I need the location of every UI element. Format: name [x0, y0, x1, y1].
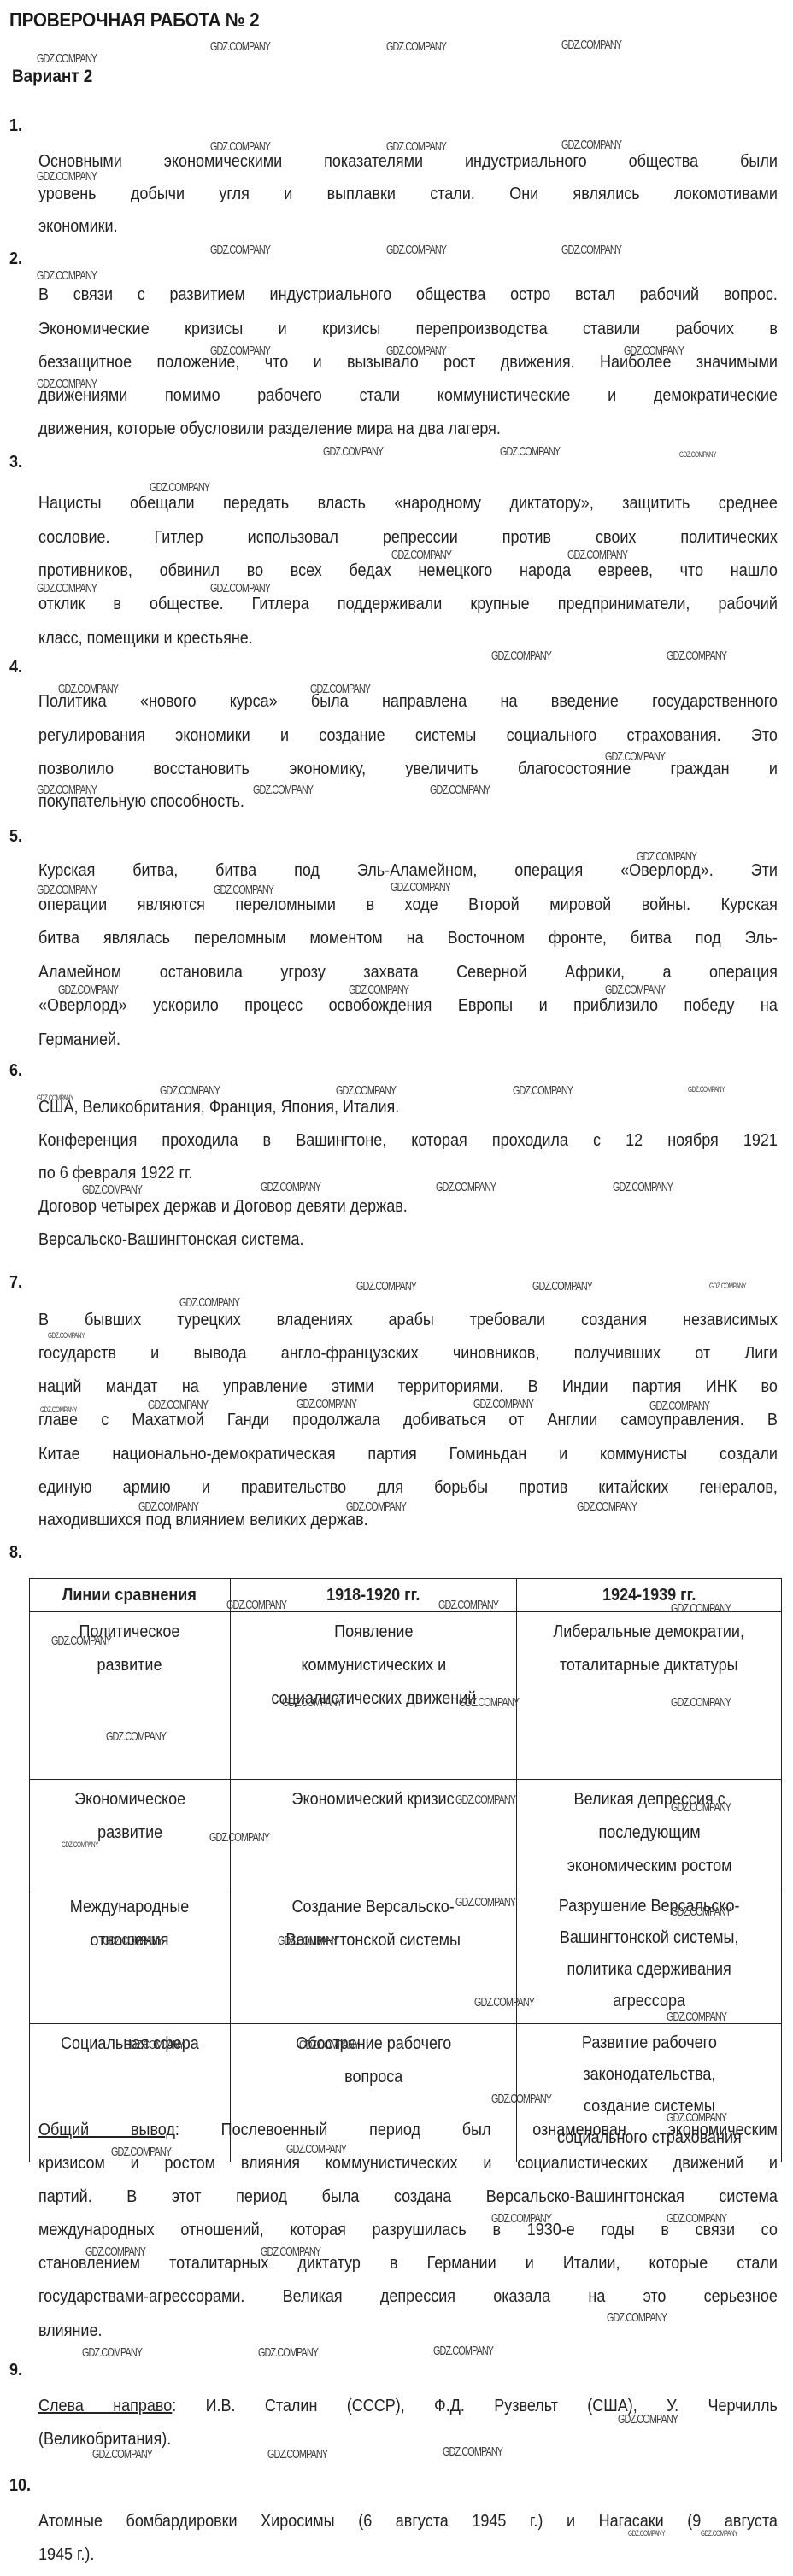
answer-2-line: Экономические кризисы и кризисы перепрои… — [38, 318, 778, 340]
table-row: Международныеотношения Создание Версальс… — [30, 1887, 782, 2024]
watermark: GDZ.COMPANY — [106, 1729, 166, 1744]
watermark: GDZ.COMPANY — [667, 2211, 726, 2226]
answer-3-line: сословие. Гитлер использовал репрессии п… — [38, 526, 778, 549]
watermark: GDZ.COMPANY — [688, 1085, 725, 1094]
answer-3-line: класс, помещики и крестьяне. — [38, 627, 704, 649]
watermark: GDZ.COMPANY — [299, 2038, 359, 2052]
watermark: GDZ.COMPANY — [605, 749, 665, 764]
watermark: GDZ.COMPANY — [160, 1083, 220, 1098]
answer-7-line: В бывших турецких владениях арабы требов… — [38, 1309, 778, 1331]
watermark: GDZ.COMPANY — [58, 983, 118, 997]
watermark: GDZ.COMPANY — [179, 1295, 239, 1310]
watermark: GDZ.COMPANY — [323, 444, 383, 459]
watermark: GDZ.COMPANY — [391, 880, 450, 895]
watermark: GDZ.COMPANY — [37, 1094, 73, 1102]
variant-heading: Вариант 2 — [12, 67, 92, 87]
question-number-2: 2. — [9, 249, 22, 269]
watermark: GDZ.COMPANY — [701, 2529, 737, 2538]
table-cell: Либеральные демократии,тоталитарные дикт… — [517, 1612, 782, 1780]
answer-4-line: Политика «нового курса» была направлена … — [38, 690, 778, 713]
watermark: GDZ.COMPANY — [37, 377, 97, 391]
answer-5-line: «Оверлорд» ускорило процесс освобождения… — [38, 995, 778, 1017]
watermark: GDZ.COMPANY — [111, 2145, 171, 2159]
watermark: GDZ.COMPANY — [386, 343, 446, 358]
watermark: GDZ.COMPANY — [430, 783, 490, 797]
watermark: GDZ.COMPANY — [210, 243, 270, 257]
watermark: GDZ.COMPANY — [607, 2310, 667, 2325]
answer-6-line: Версальско-Вашингтонская система. — [38, 1229, 704, 1251]
watermark: GDZ.COMPANY — [297, 1397, 356, 1411]
question-number-4: 4. — [9, 658, 22, 678]
watermark: GDZ.COMPANY — [491, 648, 551, 663]
watermark: GDZ.COMPANY — [513, 1083, 573, 1098]
answer-1-line: экономики. — [38, 215, 704, 238]
watermark: GDZ.COMPANY — [667, 648, 726, 663]
question-number-5: 5. — [9, 827, 22, 847]
watermark: GDZ.COMPANY — [386, 139, 446, 154]
answer-3-line: Нацисты обещали передать власть «народно… — [38, 492, 778, 514]
table-header-cell: Линии сравнения — [30, 1579, 231, 1612]
watermark: GDZ.COMPANY — [491, 2211, 551, 2226]
answer-7-line: государств и вывода англо-французских чи… — [38, 1342, 778, 1364]
table-cell: Великая депрессия споследующимэкономичес… — [517, 1780, 782, 1887]
watermark: GDZ.COMPANY — [92, 2447, 152, 2462]
watermark: GDZ.COMPANY — [150, 480, 209, 495]
table-row: Экономическоеразвитие Экономический криз… — [30, 1780, 782, 1887]
watermark: GDZ.COMPANY — [438, 1598, 498, 1612]
answer-4-line: покупательную способность. — [38, 790, 704, 813]
watermark: GDZ.COMPANY — [618, 2412, 678, 2426]
answer-2-line: В связи с развитием индустриального обще… — [38, 284, 778, 306]
watermark: GDZ.COMPANY — [532, 1279, 592, 1294]
watermark: GDZ.COMPANY — [209, 1830, 269, 1845]
watermark: GDZ.COMPANY — [649, 1399, 709, 1413]
watermark: GDZ.COMPANY — [51, 1634, 111, 1648]
answer-5-line: битва являлась переломным моментом на Во… — [38, 927, 778, 949]
answer-5-line: Аламейном остановила угрозу захвата Севе… — [38, 961, 778, 983]
watermark: GDZ.COMPANY — [37, 268, 97, 283]
watermark: GDZ.COMPANY — [103, 1933, 162, 1948]
answer-6-line: Договор четырех держав и Договор девяти … — [38, 1195, 704, 1218]
table-cell: Разрушение Версальско-Вашингтонской сист… — [517, 1887, 782, 2024]
question-number-8: 8. — [9, 1543, 22, 1563]
watermark: GDZ.COMPANY — [37, 883, 97, 897]
watermark: GDZ.COMPANY — [258, 2345, 318, 2360]
watermark: GDZ.COMPANY — [336, 1083, 396, 1098]
watermark: GDZ.COMPANY — [567, 548, 627, 562]
watermark: GDZ.COMPANY — [667, 2010, 726, 2024]
answer-2-line: движения, которые обусловили разделение … — [38, 418, 704, 440]
watermark: GDZ.COMPANY — [210, 39, 270, 54]
watermark: GDZ.COMPANY — [491, 2092, 551, 2106]
watermark: GDZ.COMPANY — [253, 783, 313, 797]
watermark: GDZ.COMPANY — [386, 39, 446, 54]
question-number-9: 9. — [9, 2361, 22, 2380]
watermark: GDZ.COMPANY — [62, 1840, 98, 1849]
table-header-row: Линии сравнения 1918-1920 гг. 1924-1939 … — [30, 1579, 782, 1612]
watermark: GDZ.COMPANY — [278, 1933, 338, 1948]
watermark: GDZ.COMPANY — [37, 169, 97, 184]
watermark: GDZ.COMPANY — [667, 2110, 726, 2125]
watermark: GDZ.COMPANY — [261, 2244, 320, 2259]
question-number-10: 10. — [9, 2476, 31, 2496]
answer-7-line: единую армию и правительство для борьбы … — [38, 1476, 778, 1499]
watermark: GDZ.COMPANY — [226, 1598, 286, 1612]
conclusion-line: партий. В этот период была создана Верса… — [38, 2186, 778, 2208]
watermark: GDZ.COMPANY — [474, 1995, 534, 2010]
watermark: GDZ.COMPANY — [709, 1282, 746, 1290]
answer-3-line: отклик в обществе. Гитлера поддерживали … — [38, 593, 778, 615]
answer-1-line: уровень добычи угля и выплавки стали. Он… — [38, 183, 778, 205]
watermark: GDZ.COMPANY — [48, 1331, 85, 1340]
watermark: GDZ.COMPANY — [628, 2529, 665, 2538]
answer-7-line: наций мандат на управление этими террито… — [38, 1376, 778, 1398]
watermark: GDZ.COMPANY — [37, 581, 97, 596]
watermark: GDZ.COMPANY — [85, 2244, 145, 2259]
watermark: GDZ.COMPANY — [37, 783, 97, 797]
answer-4-line: позволило восстановить экономику, увелич… — [38, 758, 778, 780]
answer-10-line: Атомные бомбардировки Хиросимы (6 август… — [38, 2510, 778, 2532]
conclusion-line: становлением тоталитарных диктатур в Гер… — [38, 2252, 778, 2274]
watermark: GDZ.COMPANY — [500, 444, 560, 459]
answer-6-line: по 6 февраля 1922 гг. — [38, 1162, 704, 1184]
watermark: GDZ.COMPANY — [282, 1695, 342, 1710]
watermark: GDZ.COMPANY — [210, 343, 270, 358]
conclusion-line: влияние. — [38, 2320, 704, 2342]
watermark: GDZ.COMPANY — [138, 1499, 198, 1514]
watermark: GDZ.COMPANY — [386, 243, 446, 257]
watermark: GDZ.COMPANY — [455, 1793, 515, 1807]
watermark: GDZ.COMPANY — [637, 849, 696, 864]
watermark: GDZ.COMPANY — [82, 1182, 142, 1197]
watermark: GDZ.COMPANY — [210, 139, 270, 154]
table-row: Политическоеразвитие Появлениекоммунисти… — [30, 1612, 782, 1780]
answer-10-line: 1945 г.). — [38, 2544, 704, 2566]
answer-5-line: Германией. — [38, 1029, 704, 1051]
watermark: GDZ.COMPANY — [436, 1180, 496, 1194]
table-cell: Развитие рабочегозаконодательства,создан… — [517, 2024, 782, 2162]
answer-6-line: США, Великобритания, Франция, Япония, Ит… — [38, 1096, 704, 1118]
answer-6-line: Конференция проходила в Вашингтоне, кото… — [38, 1130, 778, 1152]
question-number-3: 3. — [9, 453, 22, 472]
watermark: GDZ.COMPANY — [40, 1405, 77, 1414]
watermark: GDZ.COMPANY — [671, 1601, 731, 1616]
watermark: GDZ.COMPANY — [82, 2345, 142, 2360]
watermark: GDZ.COMPANY — [671, 1800, 731, 1815]
watermark: GDZ.COMPANY — [577, 1499, 637, 1514]
question-number-7: 7. — [9, 1273, 22, 1293]
watermark: GDZ.COMPANY — [286, 2142, 346, 2156]
conclusion-label: Общий вывод — [38, 2121, 175, 2139]
answer-2-line: движениями помимо рабочего стали коммуни… — [38, 384, 778, 407]
watermark: GDZ.COMPANY — [433, 2344, 493, 2358]
watermark: GDZ.COMPANY — [459, 1695, 519, 1710]
watermark: GDZ.COMPANY — [267, 2447, 327, 2462]
watermark: GDZ.COMPANY — [671, 1695, 731, 1710]
watermark: GDZ.COMPANY — [346, 1499, 406, 1514]
question-number-6: 6. — [9, 1061, 22, 1081]
comparison-table: Линии сравнения 1918-1920 гг. 1924-1939 … — [29, 1578, 782, 2162]
table-cell: Международныеотношения — [30, 1887, 231, 2024]
answer-4-line: регулирования экономики и создание систе… — [38, 725, 778, 747]
watermark: GDZ.COMPANY — [561, 38, 621, 52]
watermark: GDZ.COMPANY — [58, 682, 118, 696]
watermark: GDZ.COMPANY — [356, 1279, 416, 1294]
watermark: GDZ.COMPANY — [391, 548, 451, 562]
watermark: GDZ.COMPANY — [624, 343, 684, 358]
watermark: GDZ.COMPANY — [605, 983, 665, 997]
watermark: GDZ.COMPANY — [473, 1397, 533, 1411]
answer-7-line: Китае национально-демократическая партия… — [38, 1443, 778, 1465]
watermark: GDZ.COMPANY — [671, 1904, 731, 1919]
table-header-cell: 1924-1939 гг. — [517, 1579, 782, 1612]
watermark: GDZ.COMPANY — [561, 243, 621, 257]
watermark: GDZ.COMPANY — [679, 450, 716, 459]
watermark: GDZ.COMPANY — [148, 1398, 208, 1412]
watermark: GDZ.COMPANY — [455, 1895, 515, 1910]
watermark: GDZ.COMPANY — [561, 138, 621, 152]
watermark: GDZ.COMPANY — [310, 682, 370, 696]
watermark: GDZ.COMPANY — [214, 883, 273, 897]
table-cell: Обострение рабочеговопроса — [230, 2024, 517, 2162]
answer-3-line: противников, обвинил во всех бедах немец… — [38, 560, 778, 582]
watermark: GDZ.COMPANY — [443, 2444, 502, 2459]
watermark: GDZ.COMPANY — [210, 581, 270, 596]
conclusion-line: государствами-агрессорами. Великая депре… — [38, 2286, 778, 2308]
watermark: GDZ.COMPANY — [124, 2038, 184, 2052]
answer-5-line: операции являются переломными в ходе Вто… — [38, 894, 778, 916]
question-number-1: 1. — [9, 116, 22, 136]
watermark: GDZ.COMPANY — [37, 51, 97, 66]
page-title: ПРОВЕРОЧНАЯ РАБОТА № 2 — [9, 9, 259, 32]
watermark: GDZ.COMPANY — [349, 983, 408, 997]
answer-9-label: Слева направо — [38, 2397, 172, 2415]
watermark: GDZ.COMPANY — [613, 1180, 673, 1194]
table-cell: Экономическоеразвитие — [30, 1780, 231, 1887]
watermark: GDZ.COMPANY — [261, 1180, 320, 1194]
